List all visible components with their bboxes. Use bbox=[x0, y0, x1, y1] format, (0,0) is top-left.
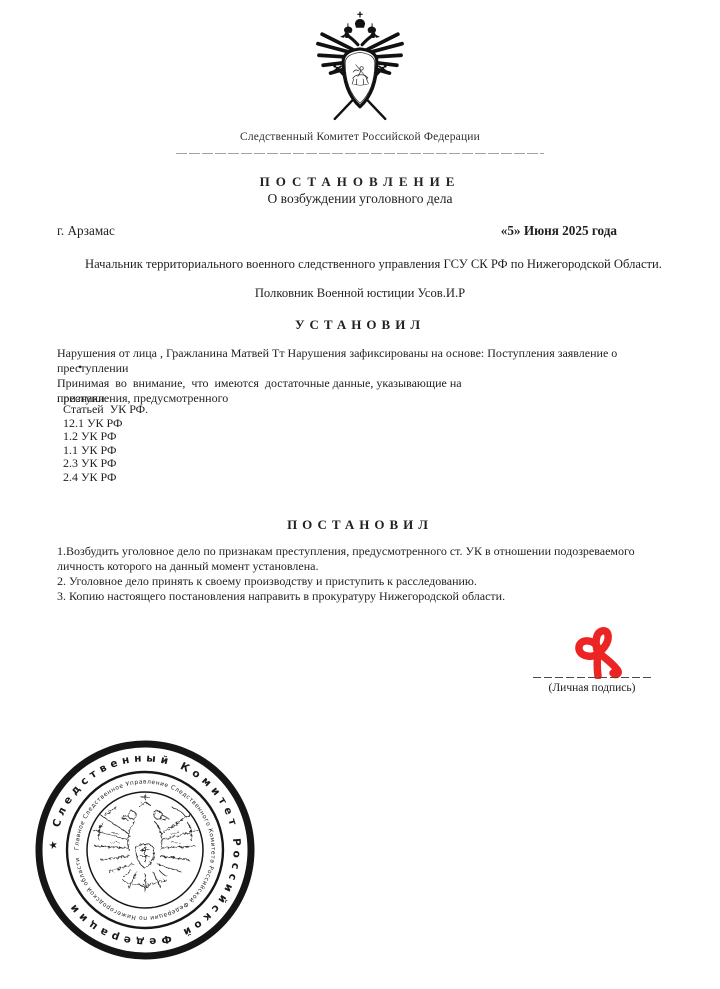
doc-subtitle: О возбуждении уголовного дела bbox=[0, 191, 720, 207]
crown-right-icon bbox=[368, 24, 376, 33]
resolved-list: 1.Возбудить уголовное дело по признакам … bbox=[57, 544, 665, 604]
section-heading-resolved: ПОСТАНОВИЛ bbox=[0, 517, 720, 533]
officer-rank: Полковник Военной юстиции Усов.И.Р bbox=[0, 286, 720, 301]
section-heading-established: УСТАНОВИЛ bbox=[0, 317, 720, 333]
official-stamp: ★ Следственный Комитет Российской Федера… bbox=[33, 738, 257, 962]
bullet-point: • bbox=[78, 360, 82, 375]
stamp-eagle-icon bbox=[93, 794, 197, 892]
article-item: 2.3 УК РФ bbox=[63, 457, 148, 471]
eagle-heads-icon bbox=[340, 33, 380, 45]
signature-line bbox=[533, 677, 651, 678]
shield-icon bbox=[343, 49, 377, 107]
document-page: Следственный Комитет Российской Федераци… bbox=[0, 0, 720, 989]
resolved-item: 3. Копию настоящего постановления направ… bbox=[57, 589, 665, 604]
resolved-item: 2. Уголовное дело принять к своему произ… bbox=[57, 574, 665, 589]
article-item: 1.1 УК РФ bbox=[63, 444, 148, 458]
org-name: Следственный Комитет Российской Федераци… bbox=[0, 131, 720, 143]
violation-line: Нарушения от лица , Гражланина Матвей Тт… bbox=[57, 346, 670, 376]
article-item: 1.2 УК РФ bbox=[63, 430, 148, 444]
header-divider bbox=[176, 153, 544, 154]
article-item: 12.1 УК РФ bbox=[63, 417, 148, 431]
article-intro: Статьей УК РФ. bbox=[63, 403, 148, 417]
doc-city: г. Арзамас bbox=[57, 223, 115, 239]
resolved-item: 1.Возбудить уголовное дело по признакам … bbox=[57, 544, 665, 574]
doc-title: ПОСТАНОВЛЕНИЕ bbox=[0, 174, 720, 190]
crown-center-icon bbox=[355, 12, 364, 27]
officer-line: Начальник территориального военного след… bbox=[85, 257, 670, 272]
signature-scribble bbox=[565, 613, 627, 679]
crown-left-icon bbox=[344, 24, 352, 33]
coat-of-arms-emblem bbox=[302, 10, 418, 131]
articles-list: Статьей УК РФ. 12.1 УК РФ 1.2 УК РФ 1.1 … bbox=[63, 403, 148, 485]
doc-date: «5» Июня 2025 года bbox=[501, 223, 617, 239]
signature-caption: (Личная подпись) bbox=[533, 682, 651, 694]
article-item: 2.4 УК РФ bbox=[63, 471, 148, 485]
